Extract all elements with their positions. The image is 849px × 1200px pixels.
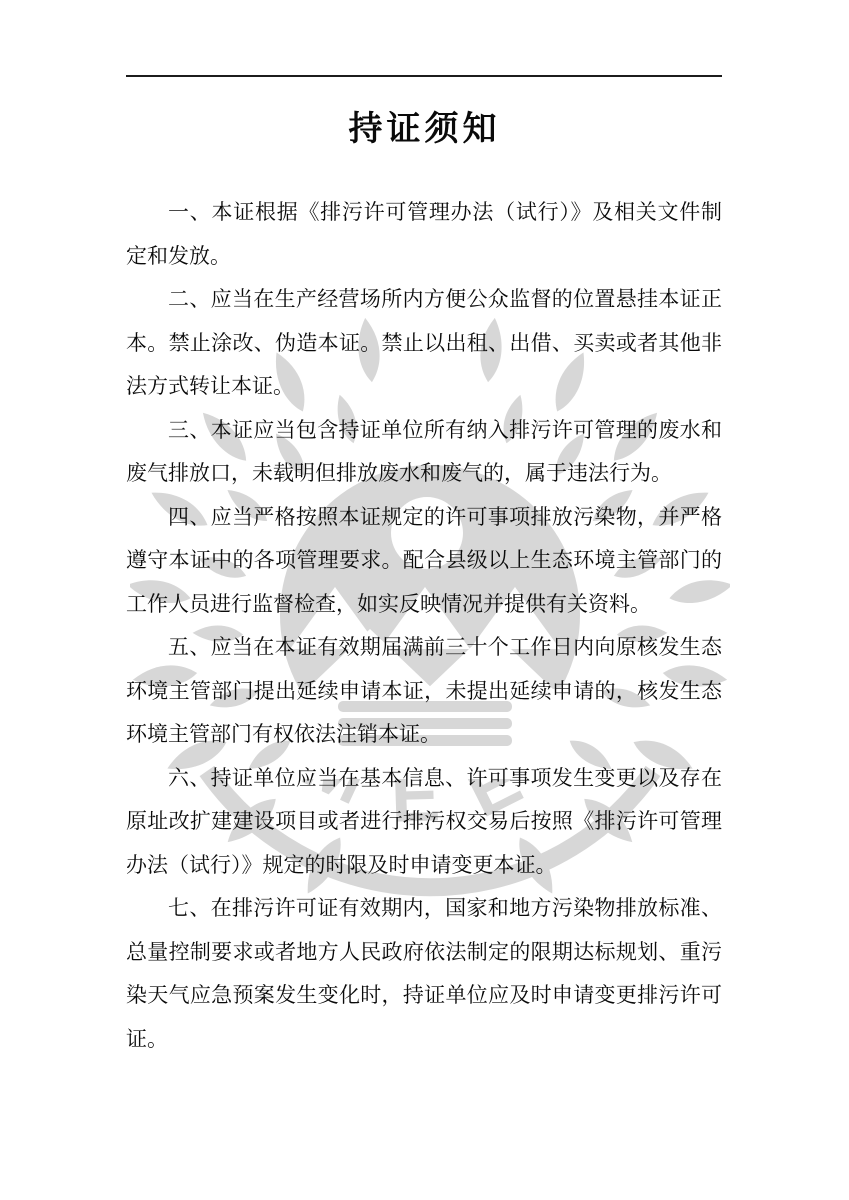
header-rule	[126, 75, 722, 77]
notice-paragraph-3: 三、本证应当包含持证单位所有纳入排污许可管理的废水和废气排放口，未载明但排放废水…	[126, 409, 722, 496]
notice-paragraph-7: 七、在排污许可证有效期内，国家和地方污染物排放标准、总量控制要求或者地方人民政府…	[126, 887, 722, 1061]
page-title: 持证须知	[0, 101, 849, 150]
certificate-notice-page: MEE 持证须知	[0, 0, 849, 1200]
notice-paragraph-1: 一、本证根据《排污许可管理办法（试行）》及相关文件制定和发放。	[126, 191, 722, 278]
notice-paragraph-5: 五、应当在本证有效期届满前三十个工作日内向原核发生态环境主管部门提出延续申请本证…	[126, 626, 722, 757]
notice-body: 一、本证根据《排污许可管理办法（试行）》及相关文件制定和发放。 二、应当在生产经…	[126, 191, 722, 1061]
notice-paragraph-4: 四、应当严格按照本证规定的许可事项排放污染物，并严格遵守本证中的各项管理要求。配…	[126, 496, 722, 627]
notice-paragraph-2: 二、应当在生产经营场所内方便公众监督的位置悬挂本证正本。禁止涂改、伪造本证。禁止…	[126, 278, 722, 409]
notice-paragraph-6: 六、持证单位应当在基本信息、许可事项发生变更以及存在原址改扩建建设项目或者进行排…	[126, 757, 722, 888]
